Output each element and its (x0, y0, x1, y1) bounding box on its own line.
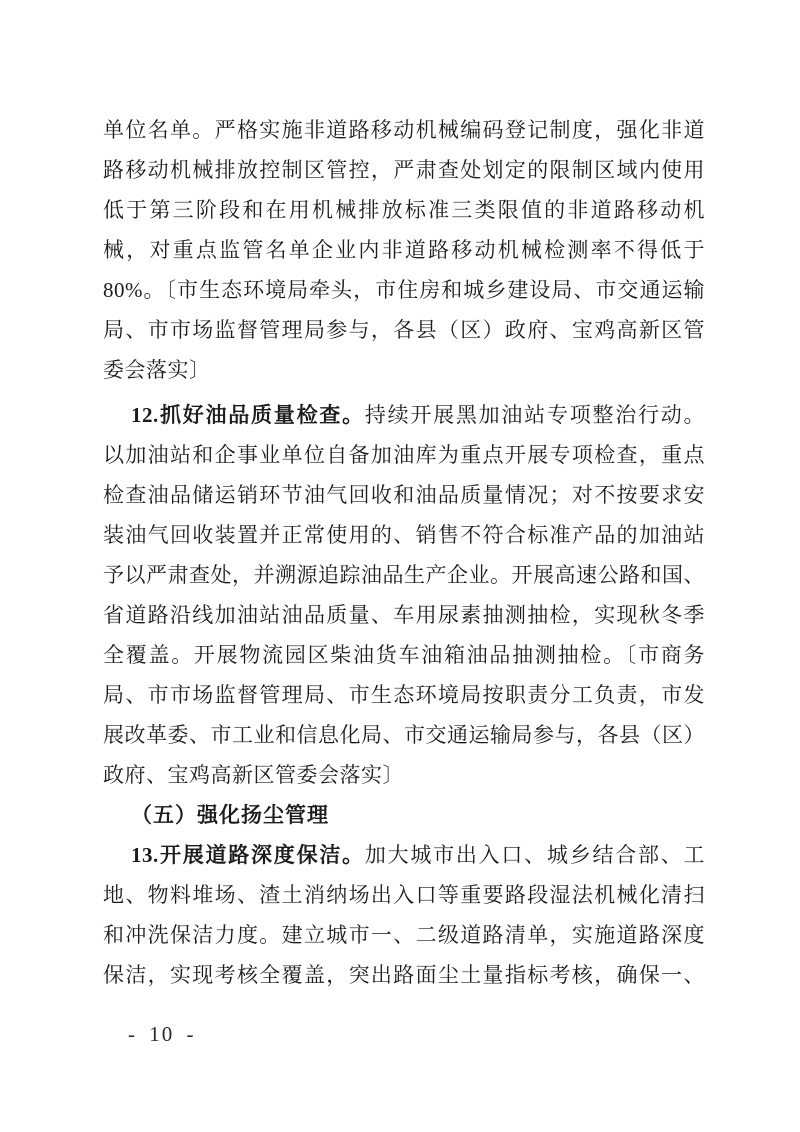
text-line: 12.抓好油品质量检查。持续开展黑加油站专项整治行动。 (103, 395, 705, 435)
paragraph-13-lead: 13.开展道路深度保洁。 (131, 843, 365, 867)
text-line: 装油气回收装置并正常使用的、销售不符合标准产品的加油站 (103, 515, 705, 555)
paragraph-12: 12.抓好油品质量检查。持续开展黑加油站专项整治行动。 以加油站和企事业单位自备… (103, 395, 705, 795)
text-line: 省道路沿线加油站油品质量、车用尿素抽测抽检，实现秋冬季 (103, 595, 705, 635)
text-line: 路移动机械排放控制区管控，严肃查处划定的限制区域内使用 (103, 150, 705, 190)
text-line: 单位名单。严格实施非道路移动机械编码登记制度，强化非道 (103, 110, 705, 150)
text-line: 局、市市场监督管理局、市生态环境局按职责分工负责，市发 (103, 675, 705, 715)
text-line: 地、物料堆场、渣土消纳场出入口等重要路段湿法机械化清扫 (103, 875, 705, 915)
paragraph-11-continuation: 单位名单。严格实施非道路移动机械编码登记制度，强化非道 路移动机械排放控制区管控… (103, 110, 705, 390)
section-5-heading: （五）强化扬尘管理 (103, 795, 705, 835)
text-line: 和冲洗保洁力度。建立城市一、二级道路清单，实施道路深度 (103, 915, 705, 955)
text-line: 展改革委、市工业和信息化局、市交通运输局参与，各县（区） (103, 715, 705, 755)
text-line: 全覆盖。开展物流园区柴油货车油箱油品抽测抽检。〔市商务 (103, 635, 705, 675)
paragraph-13: 13.开展道路深度保洁。加大城市出入口、城乡结合部、工 地、物料堆场、渣土消纳场… (103, 835, 705, 995)
text-line: 80%。〔市生态环境局牵头，市住房和城乡建设局、市交通运输 (103, 270, 705, 310)
text-line: 械，对重点监管名单企业内非道路移动机械检测率不得低于 (103, 230, 705, 270)
paragraph-12-first-line-rest: 持续开展黑加油站专项整治行动。 (365, 403, 705, 427)
text-line: 予以严肃查处，并溯源追踪油品生产企业。开展高速公路和国、 (103, 555, 705, 595)
paragraph-13-first-line-rest: 加大城市出入口、城乡结合部、工 (365, 843, 705, 867)
document-text-block: 单位名单。严格实施非道路移动机械编码登记制度，强化非道 路移动机械排放控制区管控… (103, 110, 705, 995)
text-line: 13.开展道路深度保洁。加大城市出入口、城乡结合部、工 (103, 835, 705, 875)
page-number: - 10 - (128, 1022, 196, 1046)
text-line: 低于第三阶段和在用机械排放标准三类限值的非道路移动机 (103, 190, 705, 230)
document-page: 单位名单。严格实施非道路移动机械编码登记制度，强化非道 路移动机械排放控制区管控… (0, 0, 800, 1132)
text-line: 局、市市场监督管理局参与，各县（区）政府、宝鸡高新区管 (103, 310, 705, 350)
paragraph-12-lead: 12.抓好油品质量检查。 (131, 403, 365, 427)
text-line: 检查油品储运销环节油气回收和油品质量情况；对不按要求安 (103, 475, 705, 515)
text-line: 保洁，实现考核全覆盖，突出路面尘土量指标考核，确保一、 (103, 955, 705, 995)
text-line: 政府、宝鸡高新区管委会落实〕 (103, 755, 705, 795)
text-line: 以加油站和企事业单位自备加油库为重点开展专项检查，重点 (103, 435, 705, 475)
text-line: 委会落实〕 (103, 350, 705, 390)
